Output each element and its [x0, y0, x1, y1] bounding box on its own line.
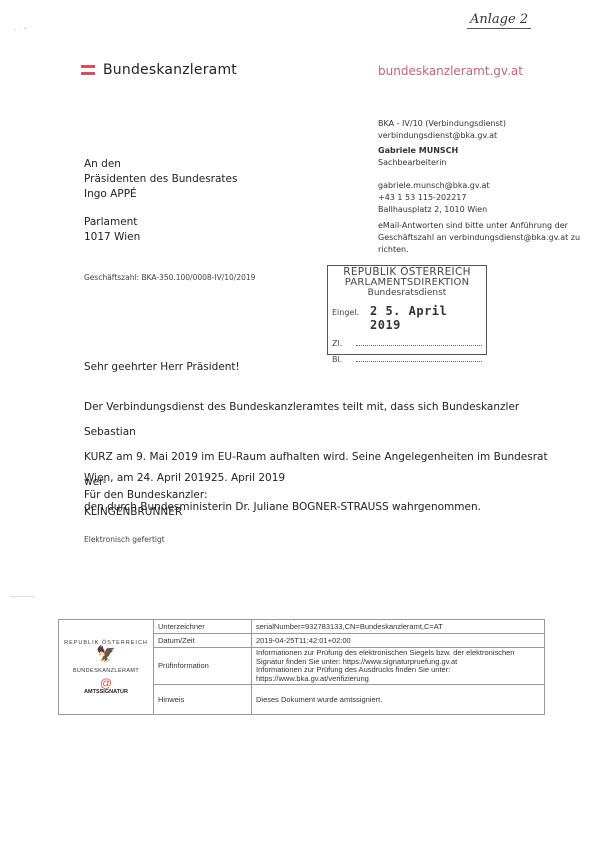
letter-closing: Wien, am 24. April 201925. April 2019 Fü…: [84, 470, 285, 521]
sig-value-signer: serialNumber=932783133,CN=Bundeskanzlera…: [252, 620, 545, 634]
signature-table: REPUBLIK ÖSTERREICH 🦅 BUNDESKANZLERAMT @…: [58, 619, 545, 715]
seal-cell: REPUBLIK ÖSTERREICH 🦅 BUNDESKANZLERAMT @…: [59, 620, 154, 715]
recipient-name: Ingo APPÉ: [84, 187, 237, 202]
austrian-flag-icon: [81, 65, 95, 75]
handwritten-annotation: Anlage 2: [467, 12, 531, 29]
recipient-line: An den: [84, 157, 237, 172]
reference-number: Geschäftszahl: BKA-350.100/0008-IV/10/20…: [84, 273, 255, 282]
stamp-dotted-line: [356, 354, 482, 362]
stamp-bl-row: Bl.: [332, 354, 482, 364]
stamp-dotted-line: [356, 338, 482, 346]
recipient-line: 1017 Wien: [84, 230, 140, 245]
sender-email[interactable]: gabriele.munsch@bka.gv.at: [378, 180, 490, 192]
department-name: BKA - IV/10 (Verbindungsdienst): [378, 118, 506, 130]
stamp-zl-label: Zl.: [332, 339, 356, 348]
reply-note-line: Geschäftszahl an verbindungsdienst@bka.g…: [378, 232, 598, 244]
sig-label: Prüfinformation: [154, 648, 252, 685]
stamp-received-row: Eingel. 2 5. April 2019: [332, 304, 482, 332]
salutation: Sehr geehrter Herr Präsident!: [84, 361, 240, 373]
sig-value-datetime: 2019-04-25T11:42:01+02:00: [252, 634, 545, 648]
sig-label: Unterzeichner: [154, 620, 252, 634]
recipient-address: An den Präsidenten des Bundesrates Ingo …: [84, 157, 237, 202]
seal-badge: AMTSSIGNATUR: [84, 689, 128, 695]
sig-label: Hinweis: [154, 685, 252, 715]
sig-value-info: Informationen zur Prüfung des elektronis…: [252, 648, 545, 685]
signer-name: KLINGENBRUNNER: [84, 504, 285, 521]
recipient-location: Parlament 1017 Wien: [84, 215, 140, 245]
scan-mark: [10, 596, 35, 597]
sender-address: Ballhausplatz 2, 1010 Wien: [378, 204, 490, 216]
at-sign-icon: @: [100, 677, 112, 689]
sender-name: Gabriele MUNSCH: [378, 146, 458, 155]
received-stamp: REPUBLIK ÖSTERREICH PARLAMENTSDIREKTION …: [327, 265, 487, 355]
place-date: Wien, am 24. April 201925. April 2019: [84, 470, 285, 487]
recipient-line: Parlament: [84, 215, 140, 230]
sender-phone: +43 1 53 115-202217: [378, 192, 490, 204]
stamp-received-label: Eingel.: [332, 308, 356, 317]
website-link[interactable]: bundeskanzleramt.gv.at: [378, 64, 523, 78]
stamp-line2: PARLAMENTSDIREKTION: [332, 278, 482, 288]
sender-role: Sachbearbeiterin: [378, 157, 458, 169]
ministry-logo: Bundeskanzleramt: [81, 62, 237, 78]
scan-artifact: · ˙ ⁿ: [14, 26, 27, 34]
stamp-line3: Bundesratsdienst: [332, 288, 482, 298]
info-link[interactable]: https://www.bka.gv.at/verifizierung: [256, 675, 540, 684]
sender-contact: gabriele.munsch@bka.gv.at +43 1 53 115-2…: [378, 180, 490, 216]
sig-label: Datum/Zeit: [154, 634, 252, 648]
on-behalf: Für den Bundeskanzler:: [84, 487, 285, 504]
reply-note-line: richten.: [378, 244, 598, 256]
seal-org: BUNDESKANZLERAMT: [73, 668, 139, 674]
eagle-crest-icon: 🦅: [96, 646, 116, 664]
sender-person: Gabriele MUNSCH Sachbearbeiterin: [378, 145, 458, 169]
reply-note: eMail-Antworten sind bitte unter Anführu…: [378, 220, 598, 256]
reply-note-line: eMail-Antworten sind bitte unter Anführu…: [378, 220, 598, 232]
logo-text: Bundeskanzleramt: [103, 62, 237, 78]
stamp-bl-label: Bl.: [332, 355, 356, 364]
recipient-line: Präsidenten des Bundesrates: [84, 172, 237, 187]
sender-department: BKA - IV/10 (Verbindungsdienst) verbindu…: [378, 118, 506, 142]
electronic-note: Elektronisch gefertigt: [84, 535, 165, 544]
stamp-received-date: 2 5. April 2019: [370, 304, 482, 332]
department-email[interactable]: verbindungsdienst@bka.gv.at: [378, 130, 506, 142]
body-line: Der Verbindungsdienst des Bundeskanzlera…: [84, 395, 554, 445]
stamp-zl-row: Zl.: [332, 338, 482, 348]
sig-value-note: Dieses Dokument wurde amtssigniert.: [252, 685, 545, 715]
